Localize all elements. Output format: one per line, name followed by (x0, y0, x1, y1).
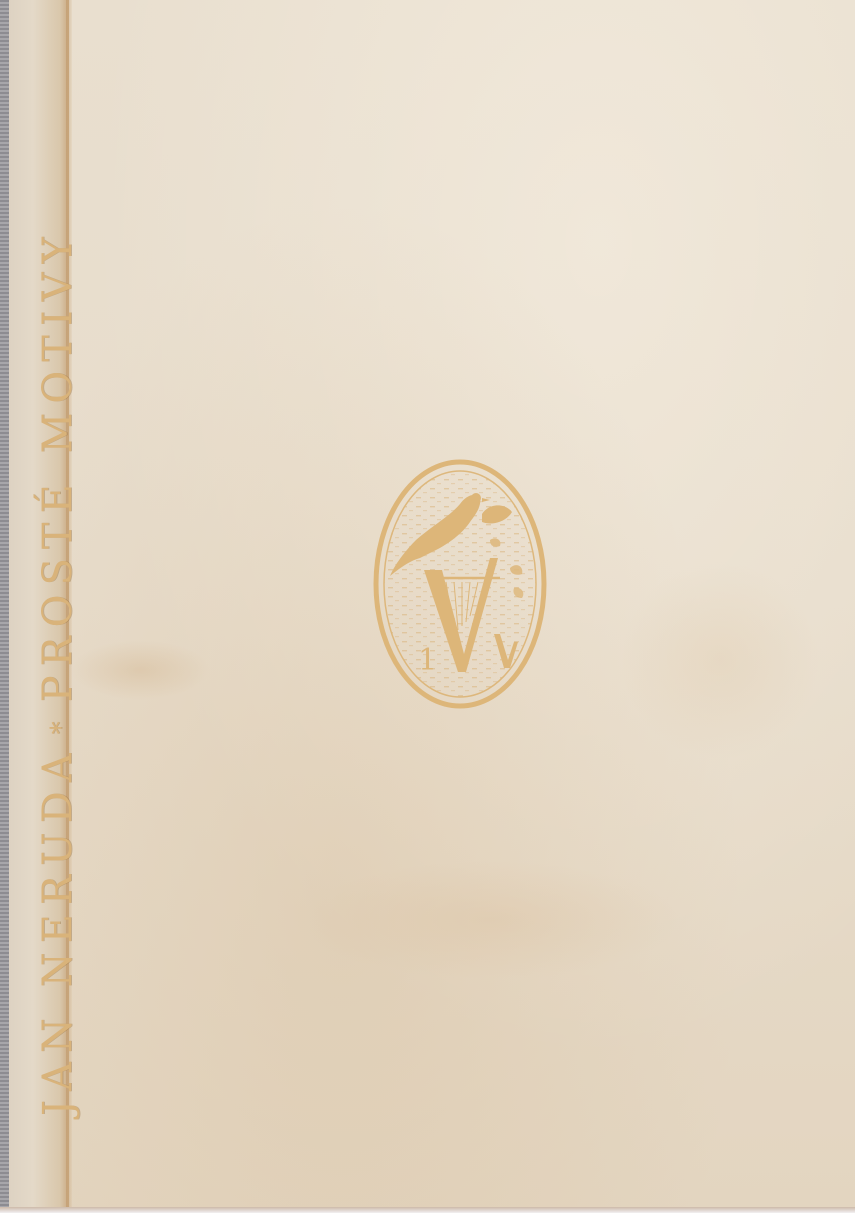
scanner-edge (0, 0, 9, 1213)
publisher-emblem: 1 (372, 458, 548, 710)
age-stain (620, 560, 820, 760)
spine-separator-icon: * (46, 712, 76, 734)
svg-text:1: 1 (418, 643, 437, 678)
spine-book-title: PROSTÉ MOTIVY (35, 228, 81, 702)
book-cover: JAN NERUDA*PROSTÉ MOTIVY (0, 0, 855, 1213)
age-stain (70, 640, 210, 700)
spine-author: JAN NERUDA (35, 744, 81, 1116)
spine-title: JAN NERUDA*PROSTÉ MOTIVY (38, 228, 78, 1116)
age-stain (300, 860, 680, 980)
scanner-bottom-edge (0, 1207, 855, 1213)
